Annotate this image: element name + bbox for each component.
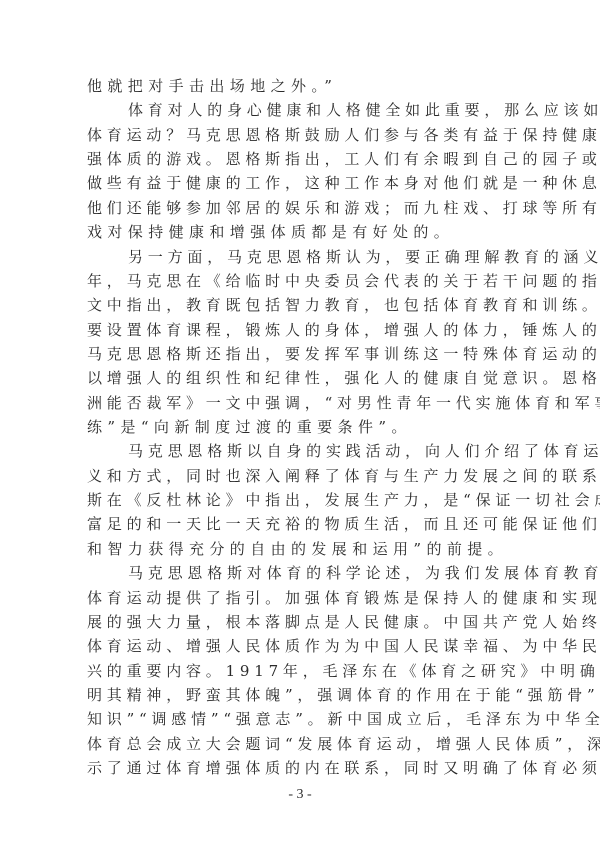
text-line: 体 育 运 动 提 供 了 指 引 。 加 强 体 育 锻 炼 是 保 持 人 … <box>87 586 521 610</box>
text-line: 知 识 ” “ 调 感 情 ” “ 强 意 志 ” 。 新 中 国 成 立 后 … <box>87 707 521 731</box>
text-line: 展 的 强 大 力 量 ， 根 本 落 脚 点 是 人 民 健 康 。 中 国 … <box>87 610 521 634</box>
text-line: 体 育 对 人 的 身 心 健 康 和 人 格 健 全 如 此 重 要 ， 那 … <box>87 98 521 122</box>
text-line: 示 了 通 过 体 育 增 强 体 质 的 内 在 联 系 ， 同 时 又 明 … <box>87 756 521 780</box>
text-line: 兴 的 重 要 内 容 。 1 9 1 7 年 ， 毛 泽 东 在 《 体 育 … <box>87 659 521 683</box>
text-line: 体 育 运 动 、 增 强 人 民 体 质 作 为 为 中 国 人 民 谋 幸 … <box>87 634 521 658</box>
text-line: 体 育 总 会 成 立 大 会 题 词 “ 发 展 体 育 运 动 ， 增 强 … <box>87 732 521 756</box>
text-line: 要 设 置 体 育 课 程 ， 锻 炼 人 的 身 体 ， 增 强 人 的 体 … <box>87 318 521 342</box>
body-text: 他就把对手击出场地之外。” 体 育 对 人 的 身 心 健 康 和 人 格 健 … <box>87 74 521 780</box>
text-line: 马 克 思 恩 格 斯 还 指 出 ， 要 发 挥 军 事 训 练 这 一 特 … <box>87 342 521 366</box>
text-line: 明 其 精 神 ， 野 蛮 其 体 魄 ” ， 强 调 体 育 的 作 用 在 … <box>87 683 521 707</box>
text-line: 练”是“向新制度过渡的重要条件”。 <box>87 415 521 439</box>
text-line: 体 育 运 动 ？ 马 克 思 恩 格 斯 鼓 励 人 们 参 与 各 类 有 … <box>87 123 521 147</box>
text-line: 以 增 强 人 的 组 织 性 和 纪 律 性 ， 强 化 人 的 健 康 自 … <box>87 366 521 390</box>
text-line: 文 中 指 出 ， 教 育 既 包 括 智 力 教 育 ， 也 包 括 体 育 … <box>87 293 521 317</box>
document-page: 他就把对手击出场地之外。” 体 育 对 人 的 身 心 健 康 和 人 格 健 … <box>0 0 600 849</box>
text-line: 他 们 还 能 够 参 加 邻 居 的 娱 乐 和 游 戏 ； 而 九 柱 戏 … <box>87 196 521 220</box>
text-line: 马 克 思 恩 格 斯 对 体 育 的 科 学 论 述 ， 为 我 们 发 展 … <box>87 561 521 585</box>
text-line: 马 克 思 恩 格 斯 以 自 身 的 实 践 活 动 ， 向 人 们 介 绍 … <box>87 439 521 463</box>
text-line: 强 体 质 的 游 戏 。 恩 格 斯 指 出 ， 工 人 们 有 余 暇 到 … <box>87 147 521 171</box>
text-line: 年 ， 马 克 思 在 《 给 临 时 中 央 委 员 会 代 表 的 关 于 … <box>87 269 521 293</box>
text-line: 洲 能 否 裁 军 》 一 文 中 强 调 ， “ 对 男 性 青 年 一 代 … <box>87 391 521 415</box>
text-line: 和智力获得充分的自由的发展和运用”的前提。 <box>87 537 521 561</box>
text-line: 富 足 的 和 一 天 比 一 天 充 裕 的 物 质 生 活 ， 而 且 还 … <box>87 512 521 536</box>
text-line: 义 和 方 式 ， 同 时 也 深 入 阐 释 了 体 育 与 生 产 力 发 … <box>87 464 521 488</box>
text-line: 斯 在 《 反 杜 林 论 》 中 指 出 ， 发 展 生 产 力 ， 是 “ … <box>87 488 521 512</box>
page-number: - 3 - <box>0 787 600 803</box>
text-line: 他就把对手击出场地之外。” <box>87 74 521 98</box>
text-line: 做 些 有 益 于 健 康 的 工 作 ， 这 种 工 作 本 身 对 他 们 … <box>87 171 521 195</box>
text-line: 另 一 方 面 ， 马 克 思 恩 格 斯 认 为 ， 要 正 确 理 解 教 … <box>87 245 521 269</box>
text-line: 戏对保持健康和增强体质都是有好处的。 <box>87 220 521 244</box>
